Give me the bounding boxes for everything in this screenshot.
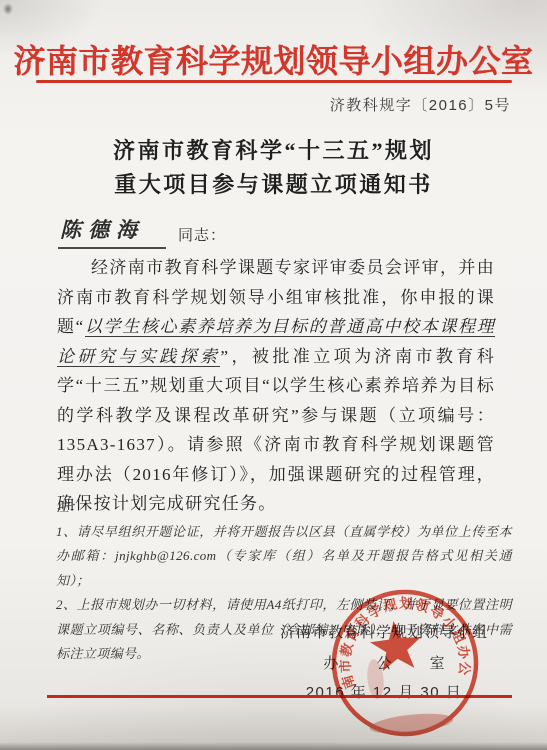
body-paragraph: 经济南市教育科学课题专家评审委员会评审，并由济南市教育科学规划领导小组审核批准，… [57,253,495,519]
scanned-official-document: 济南市教育科学规划领导小组办公室 济教科规字〔2016〕5号 济南市教育科学“十… [0,0,547,750]
salutation: 陈德海 同志： [58,214,226,249]
salutation-honorific: 同志： [178,224,226,249]
notes-label: 注： [56,495,512,520]
photo-corner-smudge [3,3,13,15]
seal-inner-smudge [365,658,385,699]
note-item-1: 1、请尽早组织开题论证，并将开题报告以区县（直属学校）为单位上传至本办邮箱：jn… [56,520,512,594]
recipient-name-handwritten: 陈德海 [58,214,166,249]
document-title-line1: 济南市教育科学“十三五”规划 [0,134,547,168]
document-title: 济南市教育科学“十三五”规划 重大项目参与课题立项通知书 [0,134,547,202]
document-title-line2: 重大项目参与课题立项通知书 [0,168,547,202]
body-segment-print-2: ”，被批准立项为济南市教育科学“十三五”规划重大项目“以学生核心素养培养为目标的… [57,347,495,514]
letterhead-org-name: 济南市教育科学规划领导小组办公室 [0,36,547,82]
letterhead-red-rule [36,80,512,83]
document-number: 济教科规字〔2016〕5号 [330,94,511,115]
official-red-seal: 济南市教育科学规划领导小组办公室 [326,584,486,750]
photo-bottom-edge-shadow [0,742,547,750]
